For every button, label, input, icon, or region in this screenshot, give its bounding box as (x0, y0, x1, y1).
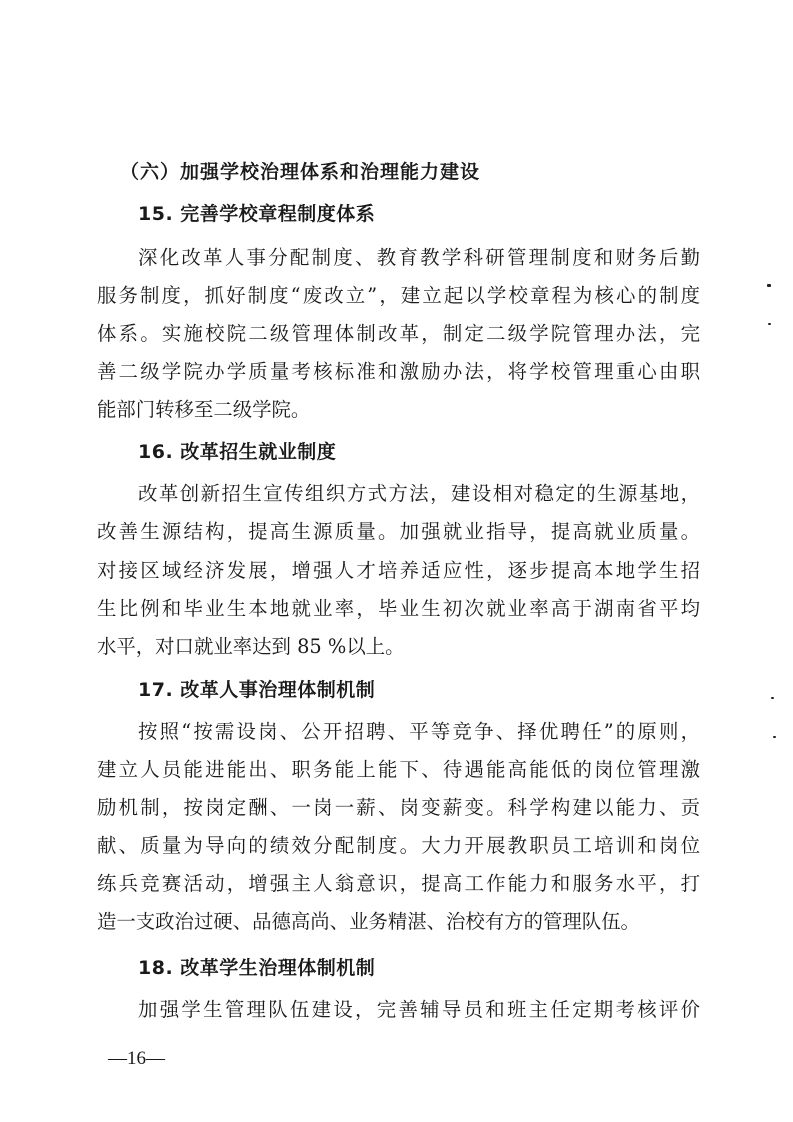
document-page: （六）加强学校治理体系和治理能力建设 15. 完善学校章程制度体系 深化改革人事… (0, 0, 793, 1122)
paragraph-line: 加强学生管理队伍建设，完善辅导员和班主任定期考核评价 (138, 995, 700, 1025)
paragraph-line: 练兵竞赛活动，增强主人翁意识，提高工作能力和服务水平，打 (97, 869, 700, 899)
paragraph-line: 善二级学院办学质量考核标准和激励办法，将学校管理重心由职 (97, 357, 700, 387)
item-heading-17: 17. 改革人事治理体制机制 (138, 675, 375, 705)
paragraph-line: 造一支政治过硬、品德高尚、业务精湛、治校有方的管理队伍。 (97, 907, 700, 937)
paragraph-line: 励机制，按岗定酬、一岗一薪、岗变薪变。科学构建以能力、贡 (97, 793, 700, 823)
page-number: —16— (108, 1046, 165, 1072)
paragraph-line: 献、质量为导向的绩效分配制度。大力开展教职员工培训和岗位 (97, 831, 700, 861)
scan-speck (771, 697, 774, 699)
paragraph-line: 改革创新招生宣传组织方式方法，建设相对稳定的生源基地， (138, 479, 700, 509)
section-heading: （六）加强学校治理体系和治理能力建设 (120, 157, 480, 187)
scan-speck (773, 736, 776, 738)
paragraph-line: 生比例和毕业生本地就业率，毕业生初次就业率高于湖南省平均 (97, 594, 700, 624)
paragraph-line: 对接区域经济发展，增强人才培养适应性，逐步提高本地学生招 (97, 556, 700, 586)
paragraph-line: 建立人员能进能出、职务能上能下、待遇能高能低的岗位管理激 (97, 755, 700, 785)
scan-speck (767, 284, 771, 287)
scan-speck (768, 323, 771, 325)
paragraph-line: 改善生源结构，提高生源质量。加强就业指导，提高就业质量。 (97, 517, 700, 547)
paragraph-line: 深化改革人事分配制度、教育教学科研管理制度和财务后勤 (138, 243, 700, 273)
paragraph-line: 能部门转移至二级学院。 (97, 395, 700, 425)
paragraph-line: 按照“按需设岗、公开招聘、平等竞争、择优聘任”的原则， (138, 717, 700, 747)
paragraph-line: 水平，对口就业率达到 85 %以上。 (97, 632, 700, 662)
item-heading-16: 16. 改革招生就业制度 (138, 437, 336, 467)
paragraph-line: 体系。实施校院二级管理体制改革，制定二级学院管理办法，完 (97, 319, 700, 349)
item-heading-18: 18. 改革学生治理体制机制 (138, 953, 375, 983)
paragraph-line: 服务制度，抓好制度“废改立”，建立起以学校章程为核心的制度 (97, 281, 700, 311)
item-heading-15: 15. 完善学校章程制度体系 (138, 199, 375, 229)
